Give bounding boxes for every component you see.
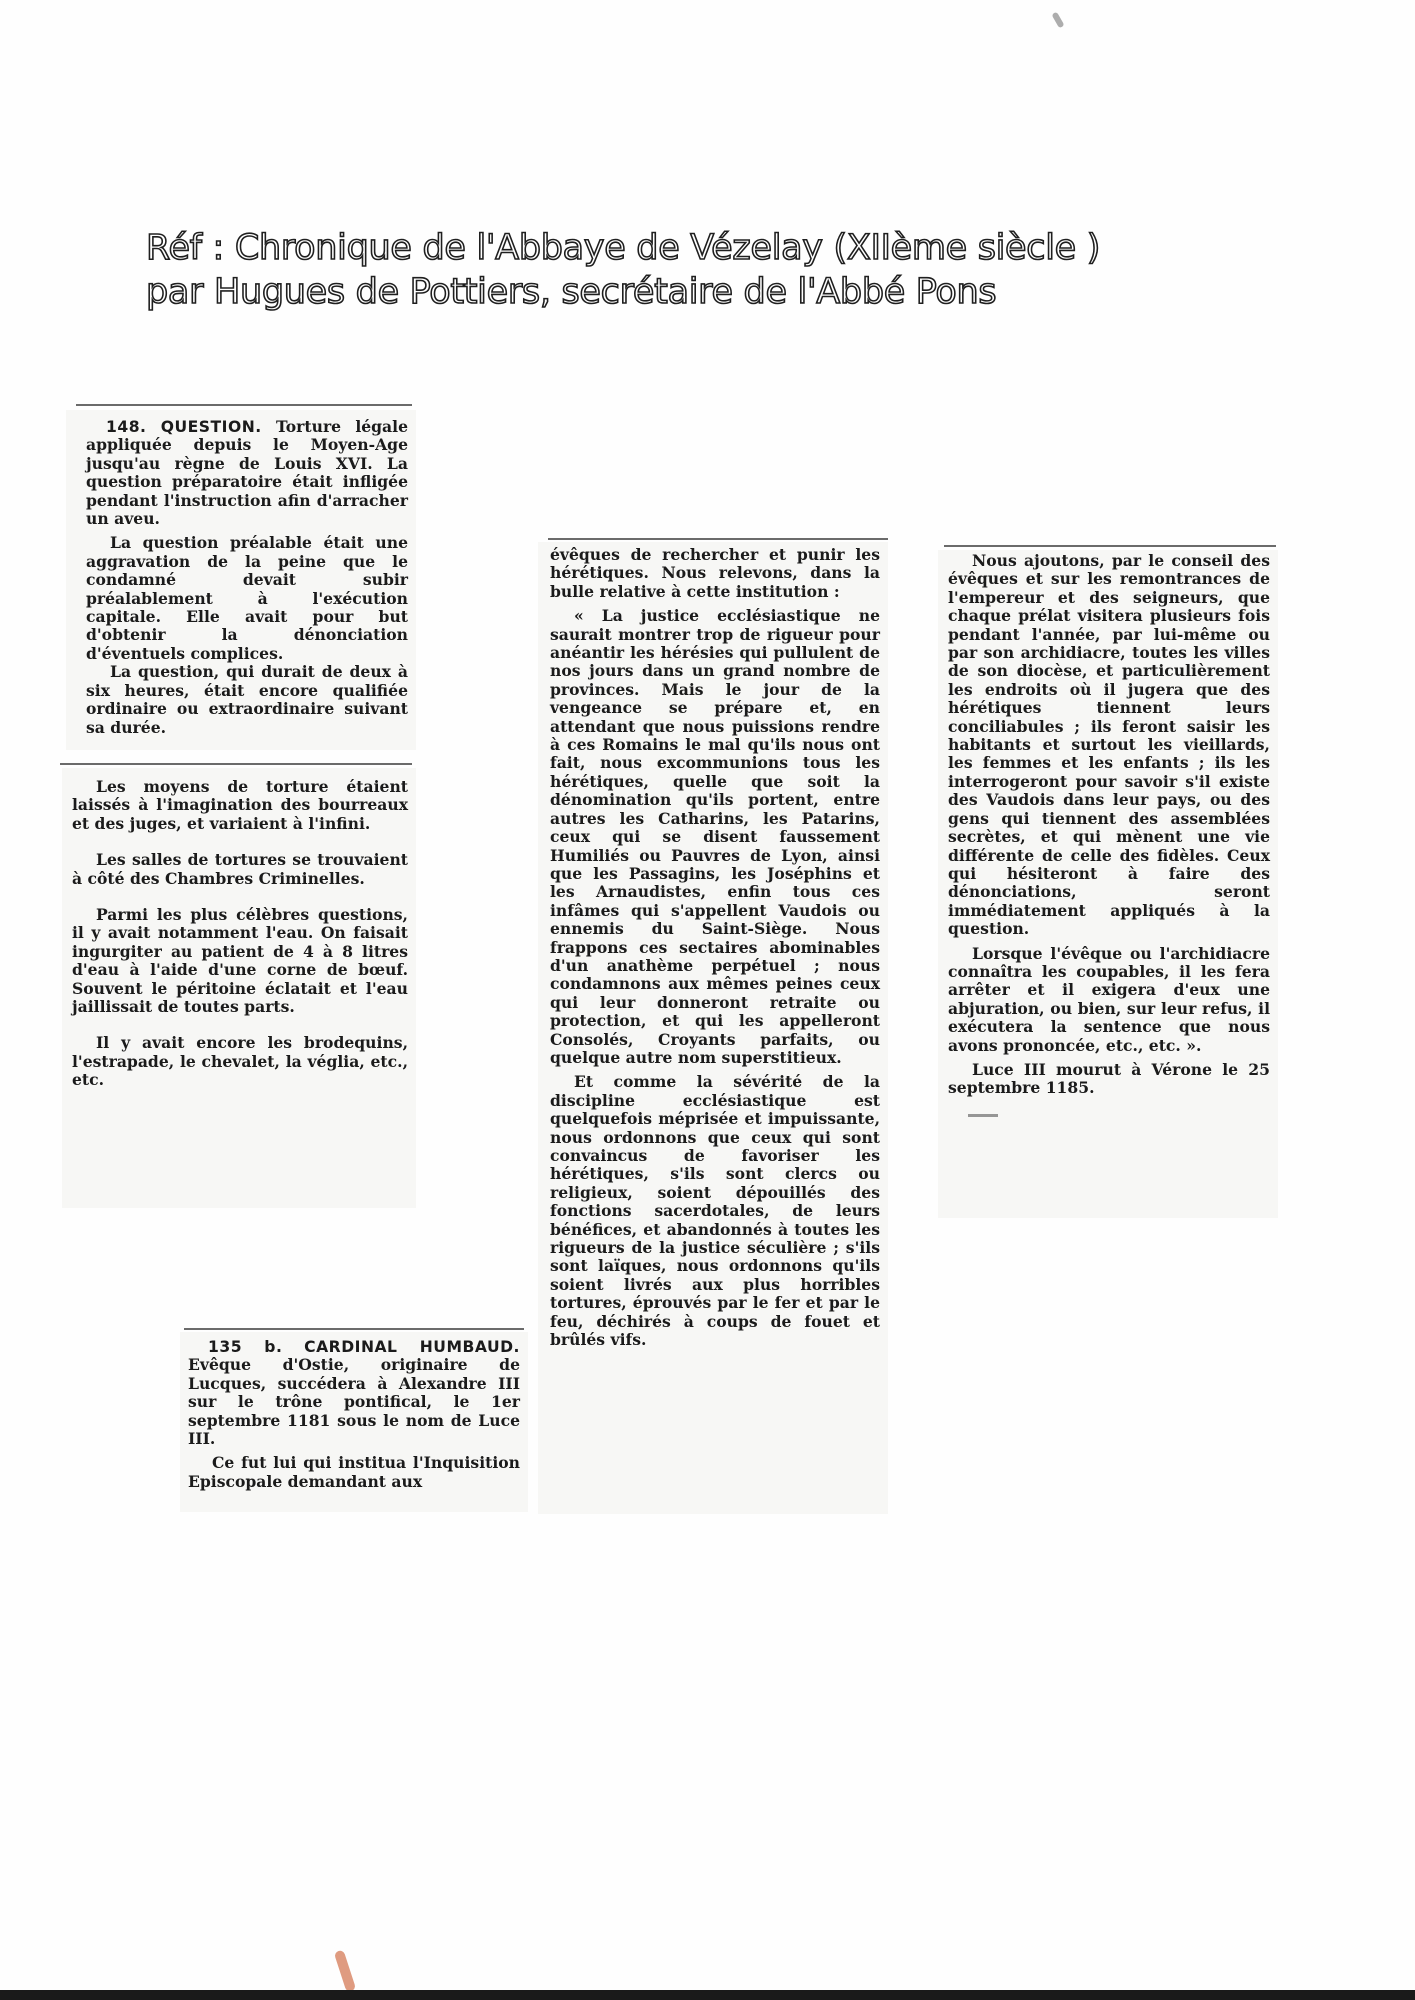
torture-paragraph-1: Les moyens de torture étaient laissés à … [72,778,408,833]
clipping-bull-text: évêques de rechercher et punir les hérét… [538,542,888,1514]
entry-number: 148. [106,418,146,436]
scanner-edge [0,1990,1415,2000]
bull-continued-paragraph-3: Luce III mourut à Vérone le 25 septembre… [948,1061,1270,1098]
entry-heading: QUESTION. [161,418,262,436]
clipping-torture-means: Les moyens de torture étaient laissés à … [62,768,416,1208]
torture-paragraph-3: Parmi les plus célèbres questions, il y … [72,906,408,1016]
question-paragraph-1: 148. QUESTION. Torture légale appliquée … [86,418,408,528]
clipping-cardinal: 135 b. CARDINAL HUMBAUD. Evêque d'Ostie,… [180,1332,528,1512]
bull-paragraph-3: Et comme la sévérité de la discipline ec… [550,1073,880,1349]
end-dash [968,1114,998,1117]
clipping-top-rule [548,538,888,540]
cardinal-paragraph-1: 135 b. CARDINAL HUMBAUD. Evêque d'Ostie,… [188,1338,520,1448]
clipping-separator-rule [60,763,412,765]
clipping-top-rule [184,1328,524,1330]
cardinal-paragraph-2: Ce fut lui qui institua l'Inquisition Ep… [188,1454,520,1491]
clipping-top-rule [944,545,1276,547]
torture-paragraph-4: Il y avait encore les brodequins, l'estr… [72,1034,408,1089]
bull-paragraph-2: « La justice ecclésiastique ne saurait m… [550,607,880,1067]
bull-continued-paragraph-1: Nous ajoutons, par le conseil des évêque… [948,552,1270,939]
bull-paragraph-1: évêques de rechercher et punir les hérét… [550,546,880,601]
entry-heading: CARDINAL HUMBAUD. [304,1338,520,1356]
question-paragraph-2: La question préalable était une aggravat… [86,534,408,663]
bull-continued-paragraph-2: Lorsque l'évêque ou l'archidiacre connaî… [948,945,1270,1055]
reference-title-line-1: Réf : Chronique de l'Abbaye de Vézelay (… [146,226,1146,270]
reference-title-line-2: par Hugues de Pottiers, secrétaire de l'… [146,270,1146,314]
entry-number: 135 b. [208,1338,282,1356]
scanned-page: Réf : Chronique de l'Abbaye de Vézelay (… [0,0,1415,2000]
scan-speck [1051,12,1064,29]
question-paragraph-3: La question, qui durait de deux à six he… [86,663,408,737]
scan-mark [334,1949,356,1992]
reference-title: Réf : Chronique de l'Abbaye de Vézelay (… [146,226,1146,314]
torture-paragraph-2: Les salles de tortures se trouvaient à c… [72,851,408,888]
clipping-top-rule [76,404,412,406]
clipping-question: 148. QUESTION. Torture légale appliquée … [66,410,416,750]
clipping-bull-continued: Nous ajoutons, par le conseil des évêque… [938,550,1278,1218]
